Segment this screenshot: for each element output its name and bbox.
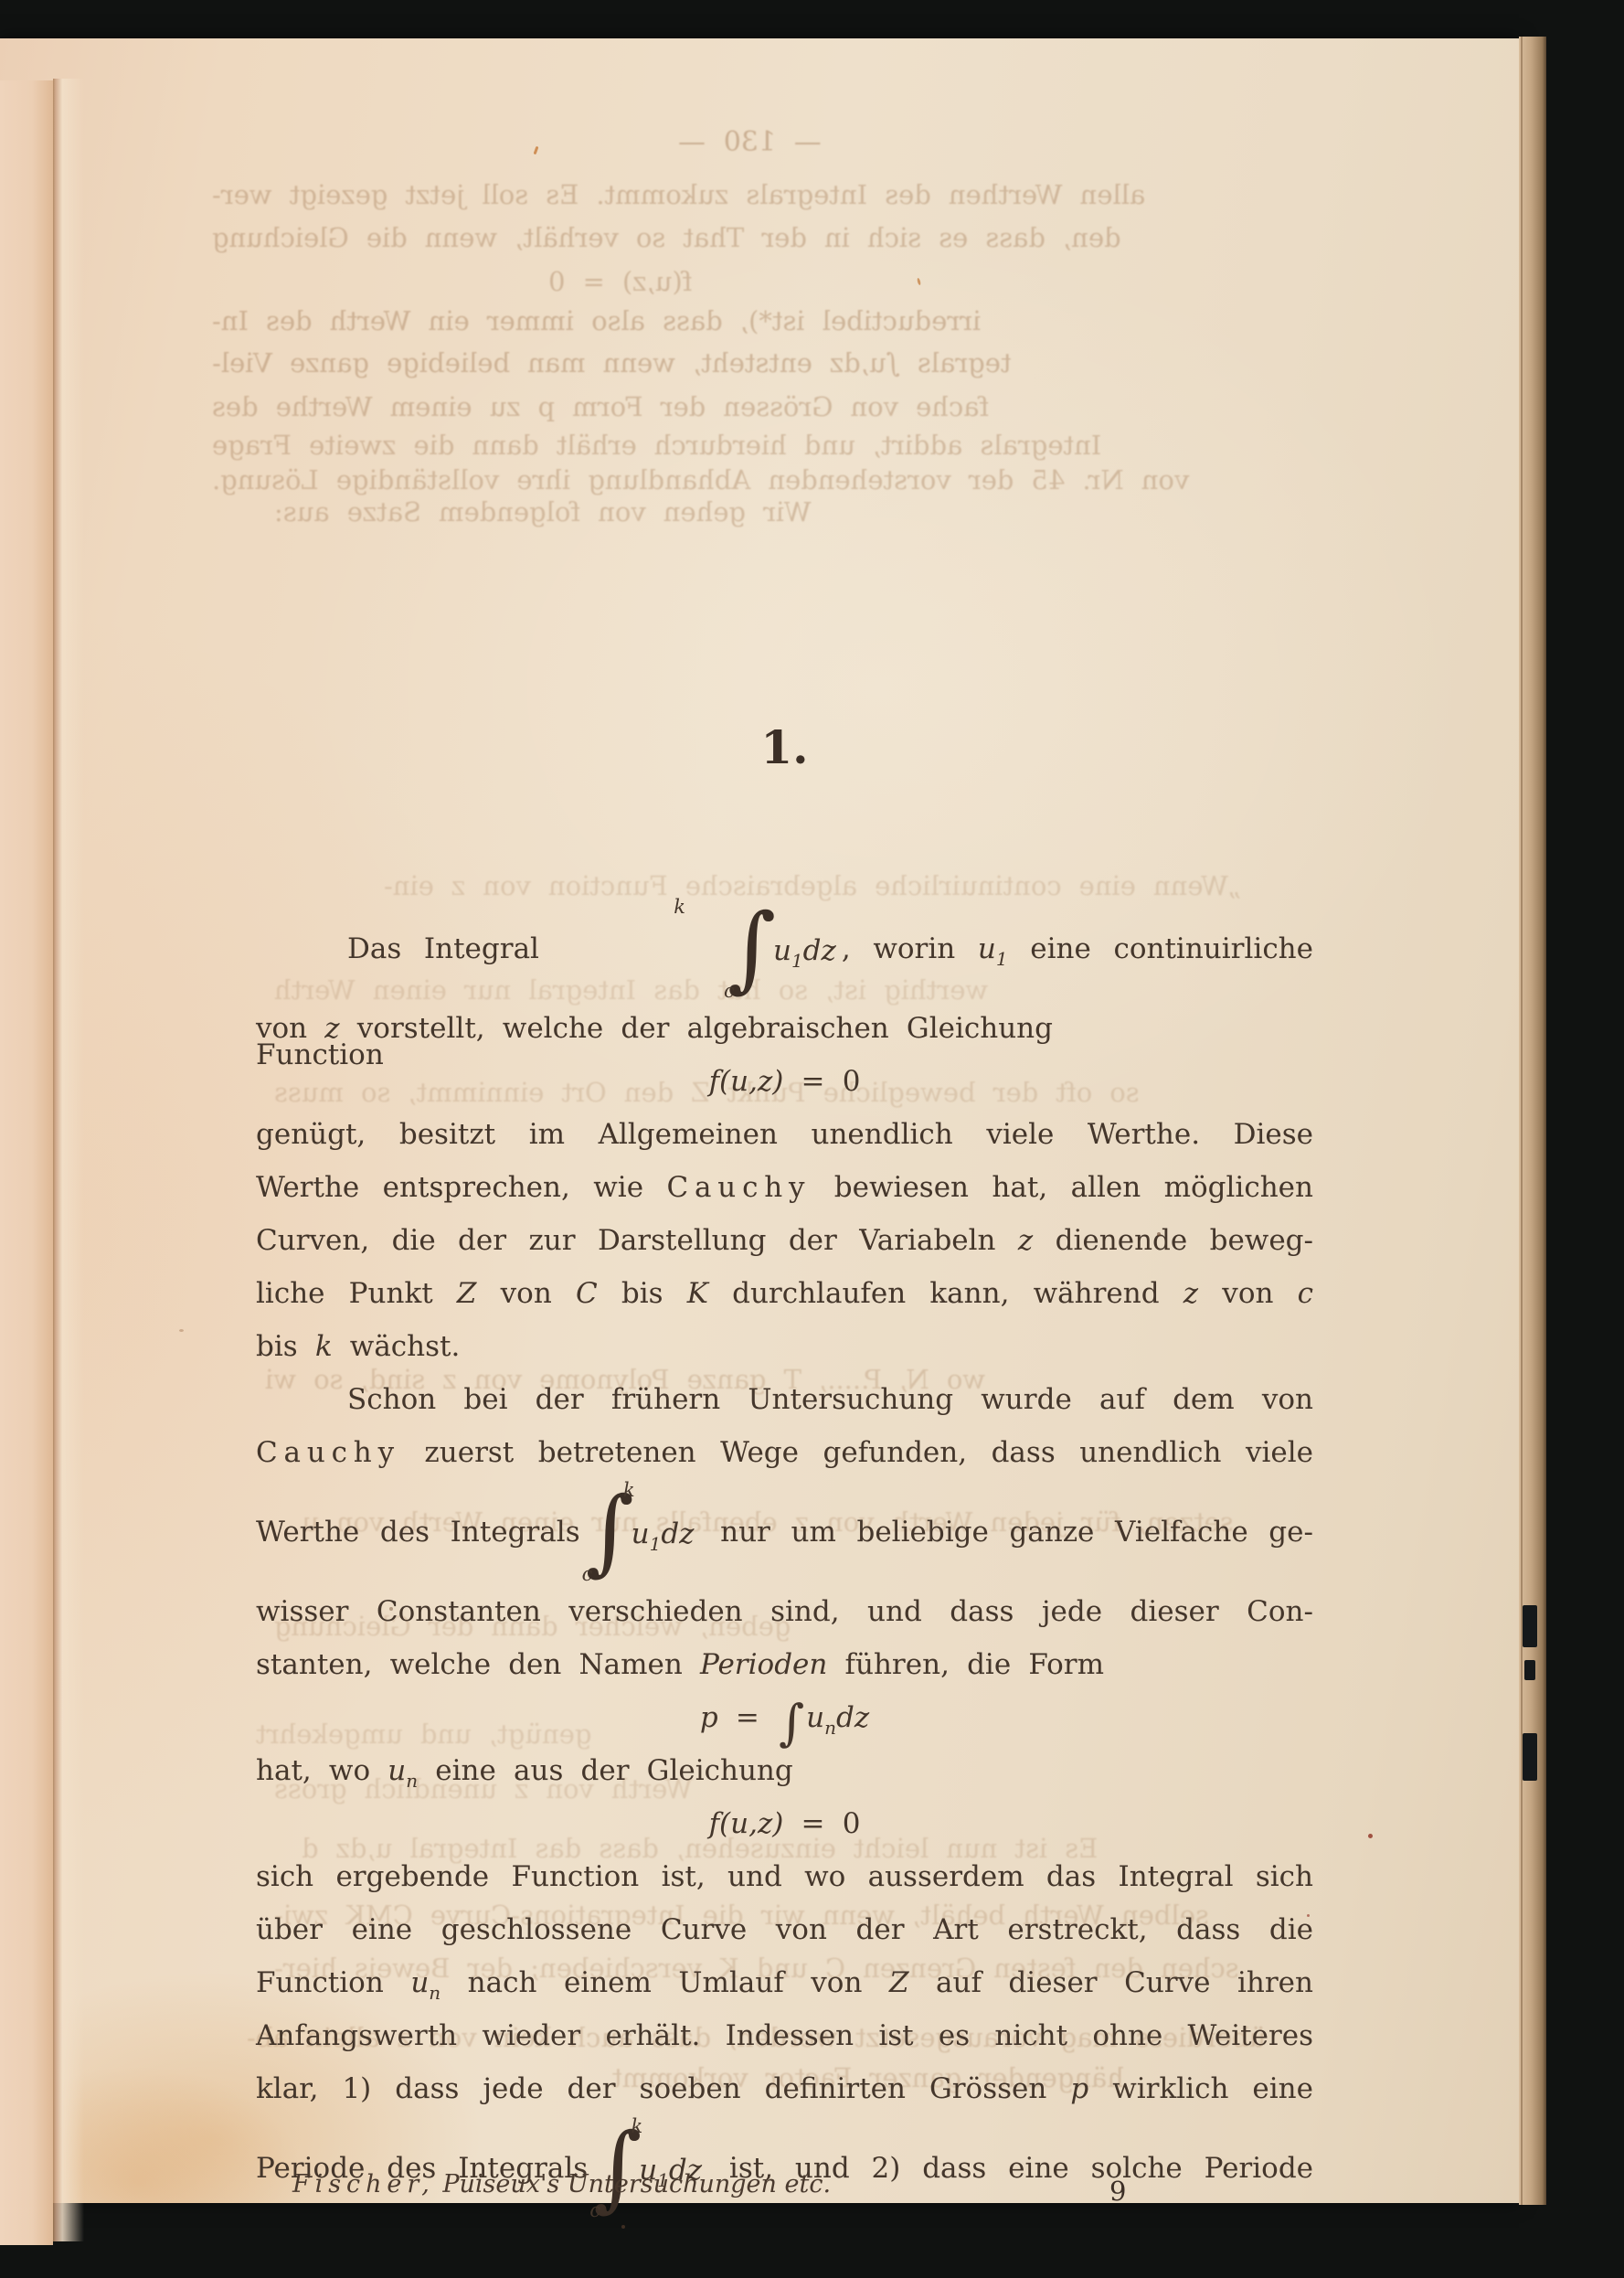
formula-p: p = ∫undz xyxy=(256,1691,1313,1744)
line-bis-k: bis k wächst. xyxy=(256,1320,1313,1373)
ink-spot xyxy=(1307,1914,1310,1917)
line-ueber-eine: über eine geschlossene Curve von der Art… xyxy=(256,1903,1313,1956)
section-heading: 1. xyxy=(256,720,1313,774)
bleedthrough-text: Wir gehen von folgendem Satze aus: xyxy=(274,496,812,527)
ink-spot xyxy=(534,146,539,154)
bleedthrough-text: allen Werthen des Integrals zukommt. Es … xyxy=(212,179,1145,210)
gutter-crease xyxy=(53,79,84,2241)
formula-fuz-1: f(u,z) = 0 xyxy=(256,1055,1313,1108)
line-das-integral: Das Integral∫kcu1dz, worin u1 eine conti… xyxy=(256,896,1313,1002)
scanned-book-photo: { "page": { "section_number": "1.", "ble… xyxy=(0,0,1624,2278)
integral-sign: ∫kcu1dz xyxy=(548,901,836,1000)
bleedthrough-text: den, dass es sich in der That so verhält… xyxy=(212,222,1121,253)
ink-spot xyxy=(1157,1232,1161,1236)
line-genuegt: genügt, besitzt im Allgemeinen unendlich… xyxy=(256,1108,1313,1161)
line-von-z: von z vorstellt, welche der algebraische… xyxy=(256,1002,1313,1055)
footer-title: Puiseux's Untersuchungen etc. xyxy=(435,2170,831,2198)
edge-notch xyxy=(1524,1660,1535,1680)
bleedthrough-text: fache von Grössen der Form p zu einem We… xyxy=(212,391,989,422)
edge-notch xyxy=(1523,1605,1537,1647)
sheet-number: 9 xyxy=(1109,2176,1126,2207)
footer-author: Fischer, xyxy=(292,2170,435,2198)
line-wisser: wisser Constanten verschieden sind, und … xyxy=(256,1585,1313,1638)
bleedthrough-text: tegrals ∫u,dz entsteht, wenn man beliebi… xyxy=(212,347,1012,378)
bleedthrough-text: von Nr. 45 der vorstehenden Abhandlung i… xyxy=(212,464,1189,495)
edge-notch xyxy=(1523,1733,1537,1781)
ink-spot xyxy=(389,1607,393,1611)
bleedthrough-text: Integrals addirt, und hierdurch erhält d… xyxy=(212,430,1101,461)
line-schon: Schon bei der frühern Untersuchung wurde… xyxy=(256,1373,1313,1426)
footer-signature: Fischer, Puiseux's Untersuchungen etc. xyxy=(292,2170,831,2198)
line-sich-ergebende: sich ergebende Function ist, und wo auss… xyxy=(256,1850,1313,1903)
text-block: Das Integral∫kcu1dz, worin u1 eine conti… xyxy=(256,896,1313,2221)
line-werthe: Werthe entsprechen, wie Cauchy bewiesen … xyxy=(256,1161,1313,1214)
ink-spot xyxy=(1368,1834,1373,1838)
line-stanten: stanten, welche den Namen Perioden führe… xyxy=(256,1638,1313,1691)
line-klar: klar, 1) dass jede der soeben definirten… xyxy=(256,2062,1313,2115)
ink-spot xyxy=(179,1329,184,1332)
page-right-edge xyxy=(1519,37,1546,2205)
integral-sign: ∫kcu1dz xyxy=(589,1485,695,1583)
previous-page-edge xyxy=(0,80,53,2245)
line-anfangswerth: Anfangswerth wieder erhält. Indessen ist… xyxy=(256,2009,1313,2062)
book-page: — 130 —allen Werthen des Integrals zukom… xyxy=(0,38,1519,2203)
bleedthrough-text: irreductibel ist*), dass also immer ein … xyxy=(212,305,981,336)
line-werthe-integrals: Werthe des Integrals∫kcu1dz nur um belie… xyxy=(256,1479,1313,1585)
line-curven: Curven, die der zur Darstellung der Vari… xyxy=(256,1214,1313,1267)
ink-spot xyxy=(917,278,921,286)
ink-spot xyxy=(621,2225,625,2229)
bleedthrough-text: — 130 — xyxy=(678,126,822,158)
formula-fuz-2: f(u,z) = 0 xyxy=(256,1797,1313,1850)
line-liche-punkt: liche Punkt Z von C bis K durchlaufen ka… xyxy=(256,1267,1313,1320)
bleedthrough-text: f(u,z) = 0 xyxy=(548,266,692,297)
line-hat-wo: hat, wo un eine aus der Gleichung xyxy=(256,1744,1313,1797)
page-edge-line xyxy=(1521,37,1523,2205)
line-function-un: Function un nach einem Umlauf von Z auf … xyxy=(256,1956,1313,2009)
line-cauchy-zuerst: Cauchy zuerst betretenen Wege gefunden, … xyxy=(256,1426,1313,1479)
line-periode: Periode des Integrals∫kcu1dz ist, und 2)… xyxy=(256,2115,1313,2221)
